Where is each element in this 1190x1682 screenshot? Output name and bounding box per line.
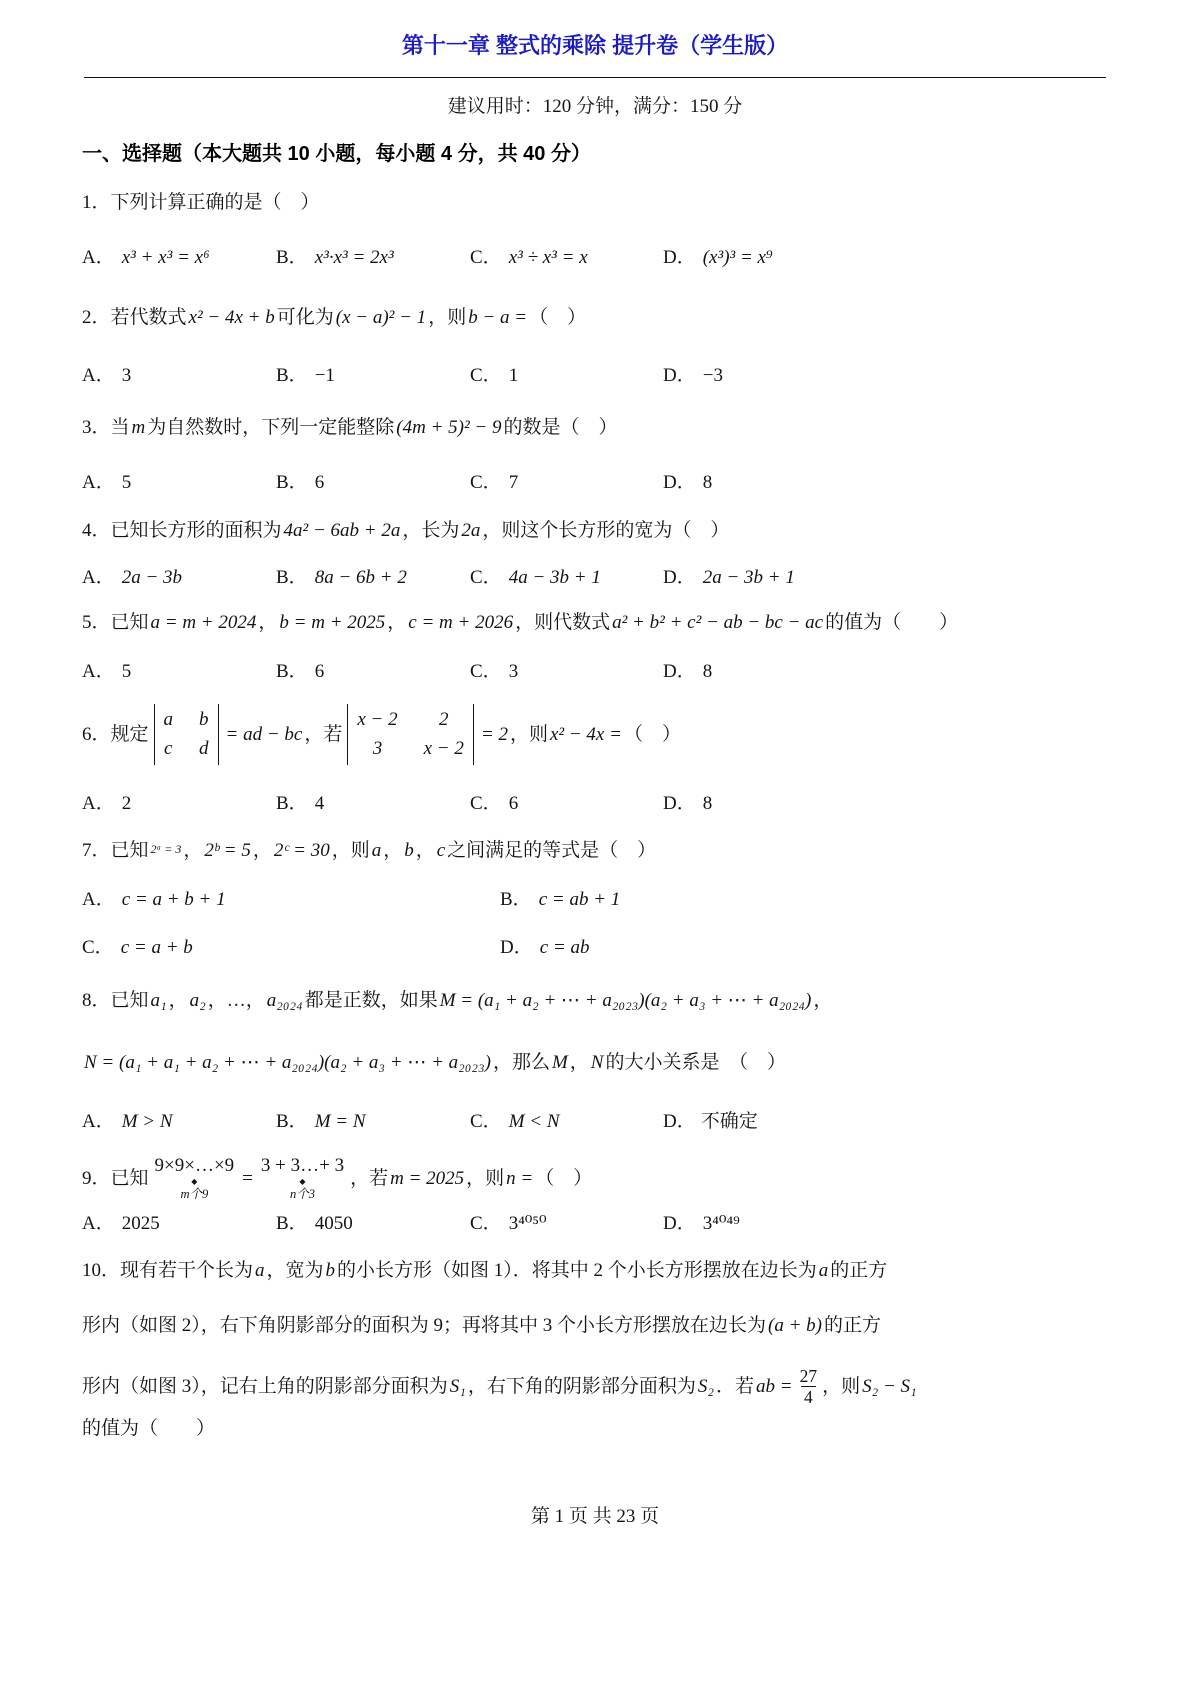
answer-blank: （ ） xyxy=(624,721,681,749)
question-7-options-row-2: C．c = a + b D．c = ab xyxy=(82,933,1108,963)
option-a: A．5 xyxy=(82,657,276,687)
option-text: 4050 xyxy=(313,1213,355,1234)
option-a: A．M > N xyxy=(82,1107,276,1137)
fraction-denominator: 4 xyxy=(801,1386,816,1407)
option-d: D．2a − 3b + 1 xyxy=(663,563,1108,593)
stem-text: ， xyxy=(169,990,188,1011)
option-label: C． xyxy=(470,793,502,814)
option-text: 2a − 3b xyxy=(120,567,184,588)
option-label: C． xyxy=(470,567,502,588)
stem-text: 5．已知 xyxy=(82,612,149,633)
det-cell: x − 2 xyxy=(424,736,464,762)
math-expression: 2ᵃ = 3 xyxy=(149,842,184,856)
math-expression: c = m + 2026 xyxy=(406,612,515,633)
option-b: B．6 xyxy=(276,468,470,498)
math-expression: S₂ xyxy=(696,1373,716,1401)
option-text: 3 xyxy=(507,661,521,682)
option-label: B． xyxy=(276,567,308,588)
underbrace-label: n个3 xyxy=(290,1187,315,1202)
stem-text: 形内（如图 3），记右上角的阴影部分面积为 xyxy=(82,1373,448,1401)
stem-text: ，则 xyxy=(510,721,548,749)
option-label: B． xyxy=(276,793,308,814)
question-10-line-1: 10．现有若干个长为a，宽为b的小长方形（如图 1）．将其中 2 个小长方形摆放… xyxy=(82,1256,1108,1286)
underbrace-label: m个9 xyxy=(180,1187,208,1202)
stem-text: ， xyxy=(570,1052,589,1073)
math-expression: a xyxy=(817,1260,831,1281)
option-d: D．c = ab xyxy=(500,933,1108,963)
det-cell: b xyxy=(199,707,209,733)
math-expression: x² − 4x + b xyxy=(187,307,277,328)
option-label: C． xyxy=(470,661,502,682)
math-expression: (a + b) xyxy=(766,1315,824,1336)
stem-text: ，长为 xyxy=(402,520,459,541)
determinant: abcd xyxy=(154,704,219,765)
math-expression: 2a xyxy=(459,520,482,541)
option-d: D．8 xyxy=(663,468,1108,498)
option-label: A． xyxy=(82,247,115,268)
fraction: 274 xyxy=(800,1366,818,1407)
option-text: M = N xyxy=(313,1111,368,1132)
option-label: D． xyxy=(663,661,696,682)
option-text: c = ab xyxy=(538,937,592,958)
question-7-stem: 7．已知2ᵃ = 3，2ᵇ = 5，2ᶜ = 30，则a，b，c之间满足的等式是… xyxy=(82,834,1108,866)
math-expression: ab = xyxy=(754,1373,795,1401)
option-text: 8 xyxy=(701,661,715,682)
stem-text: ，若 xyxy=(350,1165,388,1193)
option-b: B．4 xyxy=(276,789,470,819)
option-label: A． xyxy=(82,889,115,910)
stem-text: 都是正数，如果 xyxy=(305,990,438,1011)
det-cell: 2 xyxy=(439,707,449,733)
option-text: 不确定 xyxy=(701,1111,758,1132)
math-expression: (4m + 5)² − 9 xyxy=(394,417,503,438)
math-expression: a₁ xyxy=(149,990,169,1011)
option-c: C．4a − 3b + 1 xyxy=(470,563,663,593)
header-divider xyxy=(84,77,1106,78)
math-expression: a₂ xyxy=(188,990,208,1011)
question-2-stem: 2．若代数式x² − 4x + b可化为(x − a)² − 1，则b − a … xyxy=(82,303,1108,333)
stem-text: ，右下角的阴影部分面积为 xyxy=(468,1373,696,1401)
stem-text: ，则 xyxy=(332,840,370,861)
math-expression: a² + b² + c² − ab − bc − ac xyxy=(610,612,825,633)
stem-text: 7．已知 xyxy=(82,840,149,861)
option-c: C．x³ ÷ x³ = x xyxy=(470,243,663,273)
option-text: 7 xyxy=(507,472,521,493)
math-expression: (x − a)² − 1 xyxy=(334,307,428,328)
option-text: (x³)³ = x⁹ xyxy=(701,247,775,268)
option-b: B．6 xyxy=(276,657,470,687)
question-4-options: A．2a − 3b B．8a − 6b + 2 C．4a − 3b + 1 D．… xyxy=(82,563,1108,593)
math-expression: S₂ − S₁ xyxy=(860,1373,919,1401)
stem-text: ，则 xyxy=(428,307,466,328)
exam-page: { "page": { "title": "第十一章 整式的乘除 提升卷（学生版… xyxy=(0,0,1190,1682)
det-cell: x − 2 xyxy=(357,707,397,733)
stem-text: 9．已知 xyxy=(82,1165,149,1193)
option-text: M > N xyxy=(120,1111,175,1132)
math-expression: a xyxy=(253,1260,267,1281)
stem-text: ，则 xyxy=(466,1165,504,1193)
option-label: D． xyxy=(500,937,533,958)
question-1-stem: 1．下列计算正确的是（ ） xyxy=(82,188,1108,218)
answer-blank: 的值为（ ） xyxy=(82,1418,215,1439)
option-label: C． xyxy=(82,937,114,958)
option-c: C．3⁴⁰⁵⁰ xyxy=(470,1209,663,1239)
page-title: 第十一章 整式的乘除 提升卷（学生版） xyxy=(0,30,1190,62)
option-text: x³·x³ = 2x³ xyxy=(313,247,396,268)
option-text: 4 xyxy=(313,793,327,814)
option-label: A． xyxy=(82,365,115,386)
math-expression: 2ᶜ = 30 xyxy=(272,840,332,861)
math-expression: a = m + 2024 xyxy=(149,612,259,633)
stem-text: ，则代数式 xyxy=(515,612,610,633)
math-expression: c xyxy=(435,840,447,861)
stem-text: ， xyxy=(416,840,435,861)
stem-text: 3．当 xyxy=(82,417,130,438)
determinant: x − 223x − 2 xyxy=(347,704,474,765)
option-text: 1 xyxy=(507,365,521,386)
stem-text: 1．下列计算正确的是（ ） xyxy=(82,192,320,213)
math-expression: N = (a₁ + a₁ + a₂ + ⋯ + a₂₀₂₄)(a₂ + a₃ +… xyxy=(82,1052,493,1073)
option-a: A．5 xyxy=(82,468,276,498)
option-b: B．x³·x³ = 2x³ xyxy=(276,243,470,273)
option-c: C．3 xyxy=(470,657,663,687)
stem-text: ， xyxy=(253,840,272,861)
question-3-options: A．5 B．6 C．7 D．8 xyxy=(82,468,1108,498)
option-text: −1 xyxy=(313,365,337,386)
question-5-stem: 5．已知a = m + 2024，b = m + 2025，c = m + 20… xyxy=(82,608,1108,638)
page-content: 建议用时：120 分钟，满分：150 分 一、选择题（本大题共 10 小题，每小… xyxy=(0,77,1190,1444)
answer-blank: ，则这个长方形的宽为（ ） xyxy=(482,520,729,541)
math-expression: = ad − bc xyxy=(224,721,305,749)
fraction-numerator: 27 xyxy=(800,1366,818,1386)
option-label: C． xyxy=(470,1213,502,1234)
option-label: B． xyxy=(276,365,308,386)
option-d: D．8 xyxy=(663,657,1108,687)
stem-text: ， xyxy=(183,840,202,861)
option-label: D． xyxy=(663,247,696,268)
option-b: B．8a − 6b + 2 xyxy=(276,563,470,593)
math-expression: b xyxy=(402,840,416,861)
option-text: x³ ÷ x³ = x xyxy=(507,247,590,268)
stem-text: 4．已知长方形的面积为 xyxy=(82,520,282,541)
answer-blank: 的数是（ ） xyxy=(503,417,617,438)
option-text: 5 xyxy=(120,472,134,493)
option-c: C．6 xyxy=(470,789,663,819)
question-6-options: A．2 B．4 C．6 D．8 xyxy=(82,789,1108,819)
option-text: 3⁴⁰⁵⁰ xyxy=(507,1213,549,1234)
stem-text: ， xyxy=(258,612,277,633)
stem-text: 的小长方形（如图 1）．将其中 2 个小长方形摆放在边长为 xyxy=(337,1260,817,1281)
option-label: B． xyxy=(500,889,532,910)
question-4-stem: 4．已知长方形的面积为4a² − 6ab + 2a，长为2a，则这个长方形的宽为… xyxy=(82,516,1108,546)
question-6-stem: 6．规定 abcd = ad − bc ，若 x − 223x − 2 = 2 … xyxy=(82,704,1108,765)
math-expression: m = 2025 xyxy=(388,1165,466,1193)
stem-text: ，…， xyxy=(208,990,265,1011)
stem-text: 的正方 xyxy=(830,1260,887,1281)
page-footer: 第 1 页 共 23 页 xyxy=(0,1502,1190,1532)
math-expression: b xyxy=(324,1260,338,1281)
option-label: C． xyxy=(470,1111,502,1132)
question-7-options-row-1: A．c = a + b + 1 B．c = ab + 1 xyxy=(82,885,1108,915)
question-8-stem-line-1: 8．已知a₁，a₂，…，a₂₀₂₄都是正数，如果M = (a₁ + a₂ + ⋯… xyxy=(82,986,1108,1016)
stem-text: ．若 xyxy=(716,1373,754,1401)
option-text: 4a − 3b + 1 xyxy=(507,567,603,588)
stem-text: 2．若代数式 xyxy=(82,307,187,328)
question-9-stem: 9．已知 9×9×…×9◆m个9 = 3 + 3…+ 3◆n个3 ，若 m = … xyxy=(82,1155,1108,1202)
option-text: 6 xyxy=(313,472,327,493)
option-c: C．7 xyxy=(470,468,663,498)
option-label: D． xyxy=(663,567,696,588)
answer-blank: （ ） xyxy=(535,1165,592,1193)
option-b: B．c = ab + 1 xyxy=(500,885,1108,915)
underbrace-group: 3 + 3…+ 3◆n个3 xyxy=(261,1155,344,1202)
answer-blank: 的值为（ ） xyxy=(825,612,958,633)
underbrace-icon: ◆ xyxy=(299,1178,305,1186)
stem-text: ，若 xyxy=(304,721,342,749)
math-expression: 9×9×…×9 xyxy=(155,1155,235,1177)
underbrace-group: 9×9×…×9◆m个9 xyxy=(155,1155,235,1202)
option-text: x³ + x³ = x⁶ xyxy=(120,247,212,268)
stem-text: ，宽为 xyxy=(267,1260,324,1281)
question-10-line-3: 形内（如图 3），记右上角的阴影部分面积为 S₁ ，右下角的阴影部分面积为 S₂… xyxy=(82,1366,1108,1407)
option-b: B．M = N xyxy=(276,1107,470,1137)
question-2-options: A．3 B．−1 C．1 D．−3 xyxy=(82,361,1108,391)
option-label: D． xyxy=(663,365,696,386)
math-expression: n = xyxy=(504,1165,535,1193)
option-text: −3 xyxy=(701,365,725,386)
option-label: B． xyxy=(276,1213,308,1234)
option-a: A．2025 xyxy=(82,1209,276,1239)
answer-blank: （ ） xyxy=(529,307,586,328)
option-label: D． xyxy=(663,472,696,493)
option-text: c = a + b + 1 xyxy=(120,889,228,910)
option-label: A． xyxy=(82,1213,115,1234)
option-label: A． xyxy=(82,472,115,493)
option-text: 8 xyxy=(701,793,715,814)
option-label: B． xyxy=(276,472,308,493)
section-heading: 一、选择题（本大题共 10 小题，每小题 4 分，共 40 分） xyxy=(82,138,1108,170)
stem-text: ，那么 xyxy=(493,1052,550,1073)
option-d: D．(x³)³ = x⁹ xyxy=(663,243,1108,273)
stem-text: 形内（如图 2），右下角阴影部分的面积为 9；再将其中 3 个小长方形摆放在边长… xyxy=(82,1315,766,1336)
stem-text: ， xyxy=(387,612,406,633)
math-expression: M = (a₁ + a₂ + ⋯ + a₂₀₂₃)(a₂ + a₃ + ⋯ + … xyxy=(438,990,814,1011)
option-text: 6 xyxy=(313,661,327,682)
option-label: D． xyxy=(663,793,696,814)
option-b: B．−1 xyxy=(276,361,470,391)
exam-meta: 建议用时：120 分钟，满分：150 分 xyxy=(82,92,1108,122)
det-cell: 3 xyxy=(373,736,383,762)
option-label: C． xyxy=(470,247,502,268)
option-c: C．c = a + b xyxy=(82,933,500,963)
math-expression: m xyxy=(130,417,148,438)
question-3-stem: 3．当m为自然数时，下列一定能整除(4m + 5)² − 9的数是（ ） xyxy=(82,413,1108,443)
option-label: D． xyxy=(663,1213,696,1234)
stem-text: 6．规定 xyxy=(82,721,149,749)
det-cell: c xyxy=(164,736,172,762)
option-label: D． xyxy=(663,1111,696,1132)
stem-text: ， xyxy=(383,840,402,861)
det-cell: d xyxy=(199,736,209,762)
option-text: M < N xyxy=(507,1111,562,1132)
question-8-options: A．M > N B．M = N C．M < N D．不确定 xyxy=(82,1107,1108,1137)
option-text: 8 xyxy=(701,472,715,493)
option-label: A． xyxy=(82,661,115,682)
option-d: D．不确定 xyxy=(663,1107,1108,1137)
stem-text: 8．已知 xyxy=(82,990,149,1011)
math-expression: S₁ xyxy=(448,1373,468,1401)
question-8-stem-line-2: N = (a₁ + a₁ + a₂ + ⋯ + a₂₀₂₄)(a₂ + a₃ +… xyxy=(82,1048,1108,1078)
option-c: C．1 xyxy=(470,361,663,391)
option-a: A．c = a + b + 1 xyxy=(82,885,500,915)
option-text: c = a + b xyxy=(119,937,195,958)
question-10-line-4: 的值为（ ） xyxy=(82,1414,1108,1444)
math-expression: a xyxy=(370,840,384,861)
option-a: A．3 xyxy=(82,361,276,391)
math-expression: x² − 4x = xyxy=(548,721,624,749)
option-label: C． xyxy=(470,472,502,493)
underbrace-icon: ◆ xyxy=(191,1178,197,1186)
option-d: D．3⁴⁰⁴⁹ xyxy=(663,1209,1108,1239)
stem-text: 可化为 xyxy=(277,307,334,328)
question-10-line-2: 形内（如图 2），右下角阴影部分的面积为 9；再将其中 3 个小长方形摆放在边长… xyxy=(82,1311,1108,1341)
option-b: B．4050 xyxy=(276,1209,470,1239)
stem-text: 为自然数时，下列一定能整除 xyxy=(147,417,394,438)
det-cell: a xyxy=(164,707,174,733)
question-9-options: A．2025 B．4050 C．3⁴⁰⁵⁰ D．3⁴⁰⁴⁹ xyxy=(82,1209,1108,1239)
option-text: 2a − 3b + 1 xyxy=(701,567,797,588)
question-5-options: A．5 B．6 C．3 D．8 xyxy=(82,657,1108,687)
option-text: 3 xyxy=(120,365,134,386)
option-text: 2025 xyxy=(120,1213,162,1234)
option-a: A．2 xyxy=(82,789,276,819)
answer-blank: 的大小关系是 （ ） xyxy=(605,1052,786,1073)
stem-text: ，则 xyxy=(822,1373,860,1401)
math-expression: N xyxy=(589,1052,606,1073)
answer-blank: 之间满足的等式是（ ） xyxy=(447,840,656,861)
math-expression: = 2 xyxy=(479,721,510,749)
option-label: B． xyxy=(276,1111,308,1132)
option-d: D．−3 xyxy=(663,361,1108,391)
option-label: B． xyxy=(276,247,308,268)
stem-text: 10．现有若干个长为 xyxy=(82,1260,253,1281)
option-label: B． xyxy=(276,661,308,682)
option-a: A．2a − 3b xyxy=(82,563,276,593)
option-label: A． xyxy=(82,1111,115,1132)
math-expression: b = m + 2025 xyxy=(277,612,387,633)
option-d: D．8 xyxy=(663,789,1108,819)
option-label: A． xyxy=(82,567,115,588)
stem-text: 的正方 xyxy=(824,1315,881,1336)
math-expression: 4a² − 6ab + 2a xyxy=(282,520,403,541)
option-text: 3⁴⁰⁴⁹ xyxy=(701,1213,742,1234)
stem-text: ， xyxy=(813,990,832,1011)
option-text: 2 xyxy=(120,793,134,814)
math-expression: a₂₀₂₄ xyxy=(265,990,305,1011)
math-expression: = xyxy=(240,1165,255,1193)
option-text: 5 xyxy=(120,661,134,682)
math-expression: 2ᵇ = 5 xyxy=(202,840,252,861)
option-text: c = ab + 1 xyxy=(537,889,623,910)
option-c: C．M < N xyxy=(470,1107,663,1137)
math-expression: M xyxy=(550,1052,570,1073)
option-text: 8a − 6b + 2 xyxy=(313,567,409,588)
option-text: 6 xyxy=(507,793,521,814)
math-expression: b − a = xyxy=(466,307,529,328)
option-label: C． xyxy=(470,365,502,386)
option-a: A．x³ + x³ = x⁶ xyxy=(82,243,276,273)
question-1-options: A．x³ + x³ = x⁶ B．x³·x³ = 2x³ C．x³ ÷ x³ =… xyxy=(82,243,1108,273)
math-expression: 3 + 3…+ 3 xyxy=(261,1155,344,1177)
option-label: A． xyxy=(82,793,115,814)
